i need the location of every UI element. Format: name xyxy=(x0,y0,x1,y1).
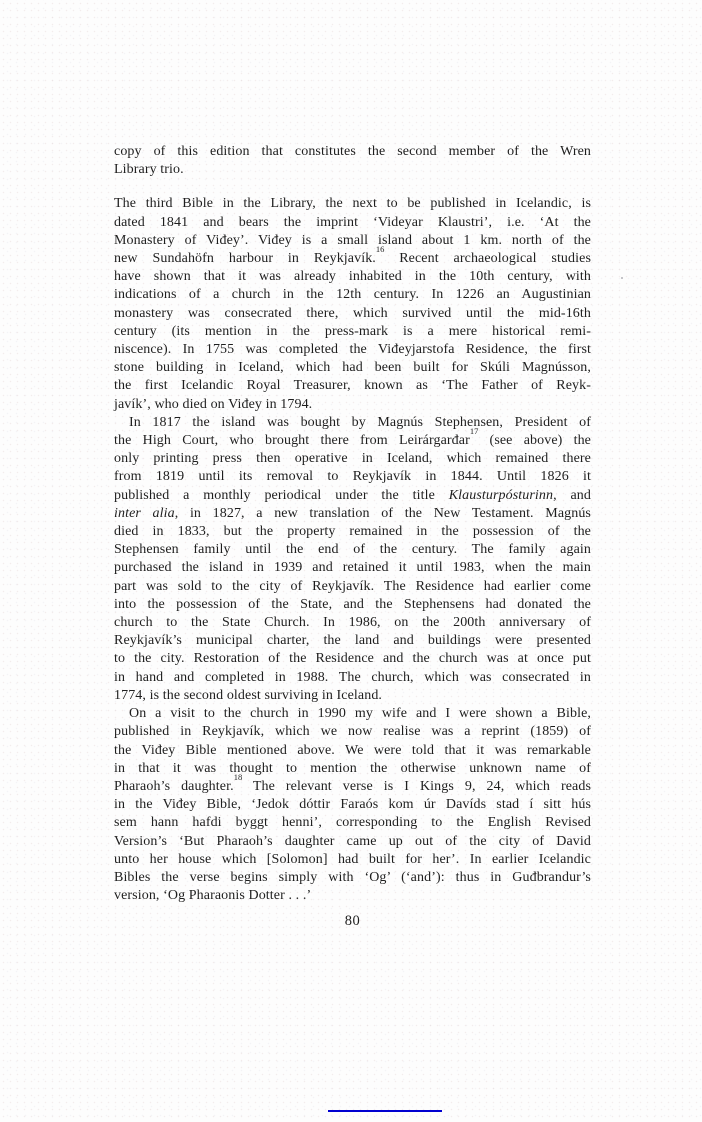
book-page: copy of this edition that constitutes th… xyxy=(0,0,702,1122)
text-line: Stephensen family until the end of the c… xyxy=(114,541,591,559)
paragraph: copy of this edition that constitutes th… xyxy=(114,143,591,179)
blue-rule xyxy=(328,1110,442,1112)
paragraph: On a visit to the church in 1990 my wife… xyxy=(114,705,591,905)
text-block: copy of this edition that constitutes th… xyxy=(114,143,591,905)
text-line: stone building in Iceland, which had bee… xyxy=(114,359,591,377)
italic-title: inter alia xyxy=(114,506,175,521)
text-line: javík’, who died on Viđey in 1794. xyxy=(114,396,591,414)
text-line: Version’s ‘But Pharaoh’s daughter came u… xyxy=(114,833,591,851)
text-line: Library trio. xyxy=(114,161,591,179)
text-line: copy of this edition that constitutes th… xyxy=(114,143,591,161)
footnote-ref: 17 xyxy=(470,426,479,436)
text-line: published in Reykjavík, which we now rea… xyxy=(114,723,591,741)
page-number: 80 xyxy=(114,913,591,930)
paragraph: The third Bible in the Library, the next… xyxy=(114,195,591,413)
text-line: purchased the island in 1939 and retaine… xyxy=(114,559,591,577)
scan-speck xyxy=(621,277,623,279)
text-line: Bibles the verse begins simply with ‘Og’… xyxy=(114,869,591,887)
text-line: dated 1841 and bears the imprint ‘Videya… xyxy=(114,214,591,232)
text-line: indications of a church in the 12th cent… xyxy=(114,286,591,304)
text-line: Pharaoh’s daughter.18 The relevant verse… xyxy=(114,778,591,796)
italic-title: Klausturpósturinn xyxy=(449,488,553,503)
text-line: On a visit to the church in 1990 my wife… xyxy=(114,705,591,723)
footnote-ref: 18 xyxy=(234,772,243,782)
footnote-ref: 16 xyxy=(376,244,385,254)
text-line: The third Bible in the Library, the next… xyxy=(114,195,591,213)
text-line: part was sold to the city of Reykjavík. … xyxy=(114,578,591,596)
text-line: version, ‘Og Pharaonis Dotter . . .’ xyxy=(114,887,591,905)
text-line: in hand and completed in 1988. The churc… xyxy=(114,669,591,687)
text-line: Reykjavík’s municipal charter, the land … xyxy=(114,632,591,650)
text-line: into the possession of the State, and th… xyxy=(114,596,591,614)
text-line: church to the State Church. In 1986, on … xyxy=(114,614,591,632)
text-line: 1774, is the second oldest surviving in … xyxy=(114,687,591,705)
text-line: the first Icelandic Royal Treasurer, kno… xyxy=(114,377,591,395)
text-line: niscence). In 1755 was completed the Viđ… xyxy=(114,341,591,359)
text-line: new Sundahöfn harbour in Reykjavík.16 Re… xyxy=(114,250,591,268)
text-line: monastery was consecrated there, which s… xyxy=(114,305,591,323)
text-line: published a monthly periodical under the… xyxy=(114,487,591,505)
text-line: unto her house which [Solomon] had built… xyxy=(114,851,591,869)
text-line: In 1817 the island was bought by Magnús … xyxy=(114,414,591,432)
text-line: the High Court, who brought there from L… xyxy=(114,432,591,450)
text-line: only printing press then operative in Ic… xyxy=(114,450,591,468)
text-line: died in 1833, but the property remained … xyxy=(114,523,591,541)
text-line: in the Viđey Bible, ‘Jedok dóttir Faraós… xyxy=(114,796,591,814)
text-line: inter alia, in 1827, a new translation o… xyxy=(114,505,591,523)
text-line: century (its mention in the press-mark i… xyxy=(114,323,591,341)
text-line: sem hann hafdi byggt henni’, correspondi… xyxy=(114,814,591,832)
paragraph: In 1817 the island was bought by Magnús … xyxy=(114,414,591,705)
text-line: to the city. Restoration of the Residenc… xyxy=(114,650,591,668)
text-line: Monastery of Viđey’. Viđey is a small is… xyxy=(114,232,591,250)
text-line: have shown that it was already inhabited… xyxy=(114,268,591,286)
text-line: the Viđey Bible mentioned above. We were… xyxy=(114,742,591,760)
text-line: from 1819 until its removal to Reykjavík… xyxy=(114,468,591,486)
text-line: in that it was thought to mention the ot… xyxy=(114,760,591,778)
